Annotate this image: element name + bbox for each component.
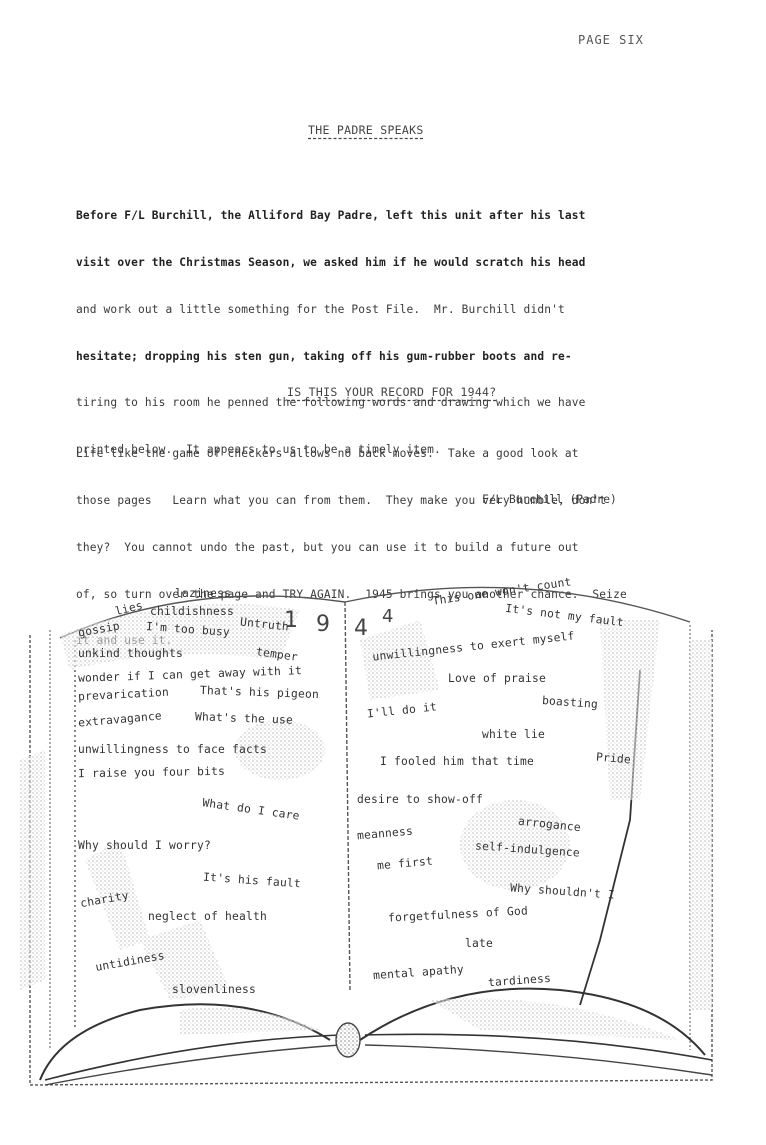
intro-line: Before F/L Burchill, the Alliford Bay Pa… — [76, 208, 586, 224]
vice-text: childishness — [150, 605, 234, 618]
message-line: they? You cannot undo the past, but you … — [76, 540, 627, 556]
vice-text: desire to show-off — [357, 793, 483, 806]
vice-text: white lie — [482, 728, 545, 741]
open-book-drawing: 1 9 4 4 laziness lies childishness gossi… — [0, 560, 766, 1100]
section-title-record-1944: IS THIS YOUR RECORD FOR 1944? — [287, 385, 496, 399]
section-title-padre-speaks: THE PADRE SPEAKS — [308, 123, 424, 137]
vice-text: unkind thoughts — [78, 647, 183, 660]
intro-line: hesitate; dropping his sten gun, taking … — [76, 349, 586, 365]
message-line: Life like the game of checkers allows no… — [76, 446, 627, 462]
vice-text: laziness — [175, 587, 231, 600]
intro-line: visit over the Christmas Season, we aske… — [76, 255, 586, 271]
vice-text: slovenliness — [172, 983, 256, 996]
vice-text: neglect of health — [148, 910, 267, 923]
year-digit: 9 — [316, 612, 330, 637]
vice-text: Why should I worry? — [78, 839, 211, 852]
vice-text: late — [465, 937, 493, 950]
page-number: PAGE SIX — [578, 33, 644, 47]
year-digit: 4 — [382, 606, 393, 627]
vice-text: Love of praise — [448, 672, 546, 685]
year-digit: 4 — [354, 616, 368, 641]
signature: F/L Burchill (Padre) — [482, 493, 617, 506]
vice-text: unwillingness to face facts — [78, 743, 267, 756]
intro-line: and work out a little something for the … — [76, 302, 586, 318]
vice-text: I raise you four bits — [78, 765, 225, 781]
vice-text: I fooled him that time — [380, 755, 534, 768]
